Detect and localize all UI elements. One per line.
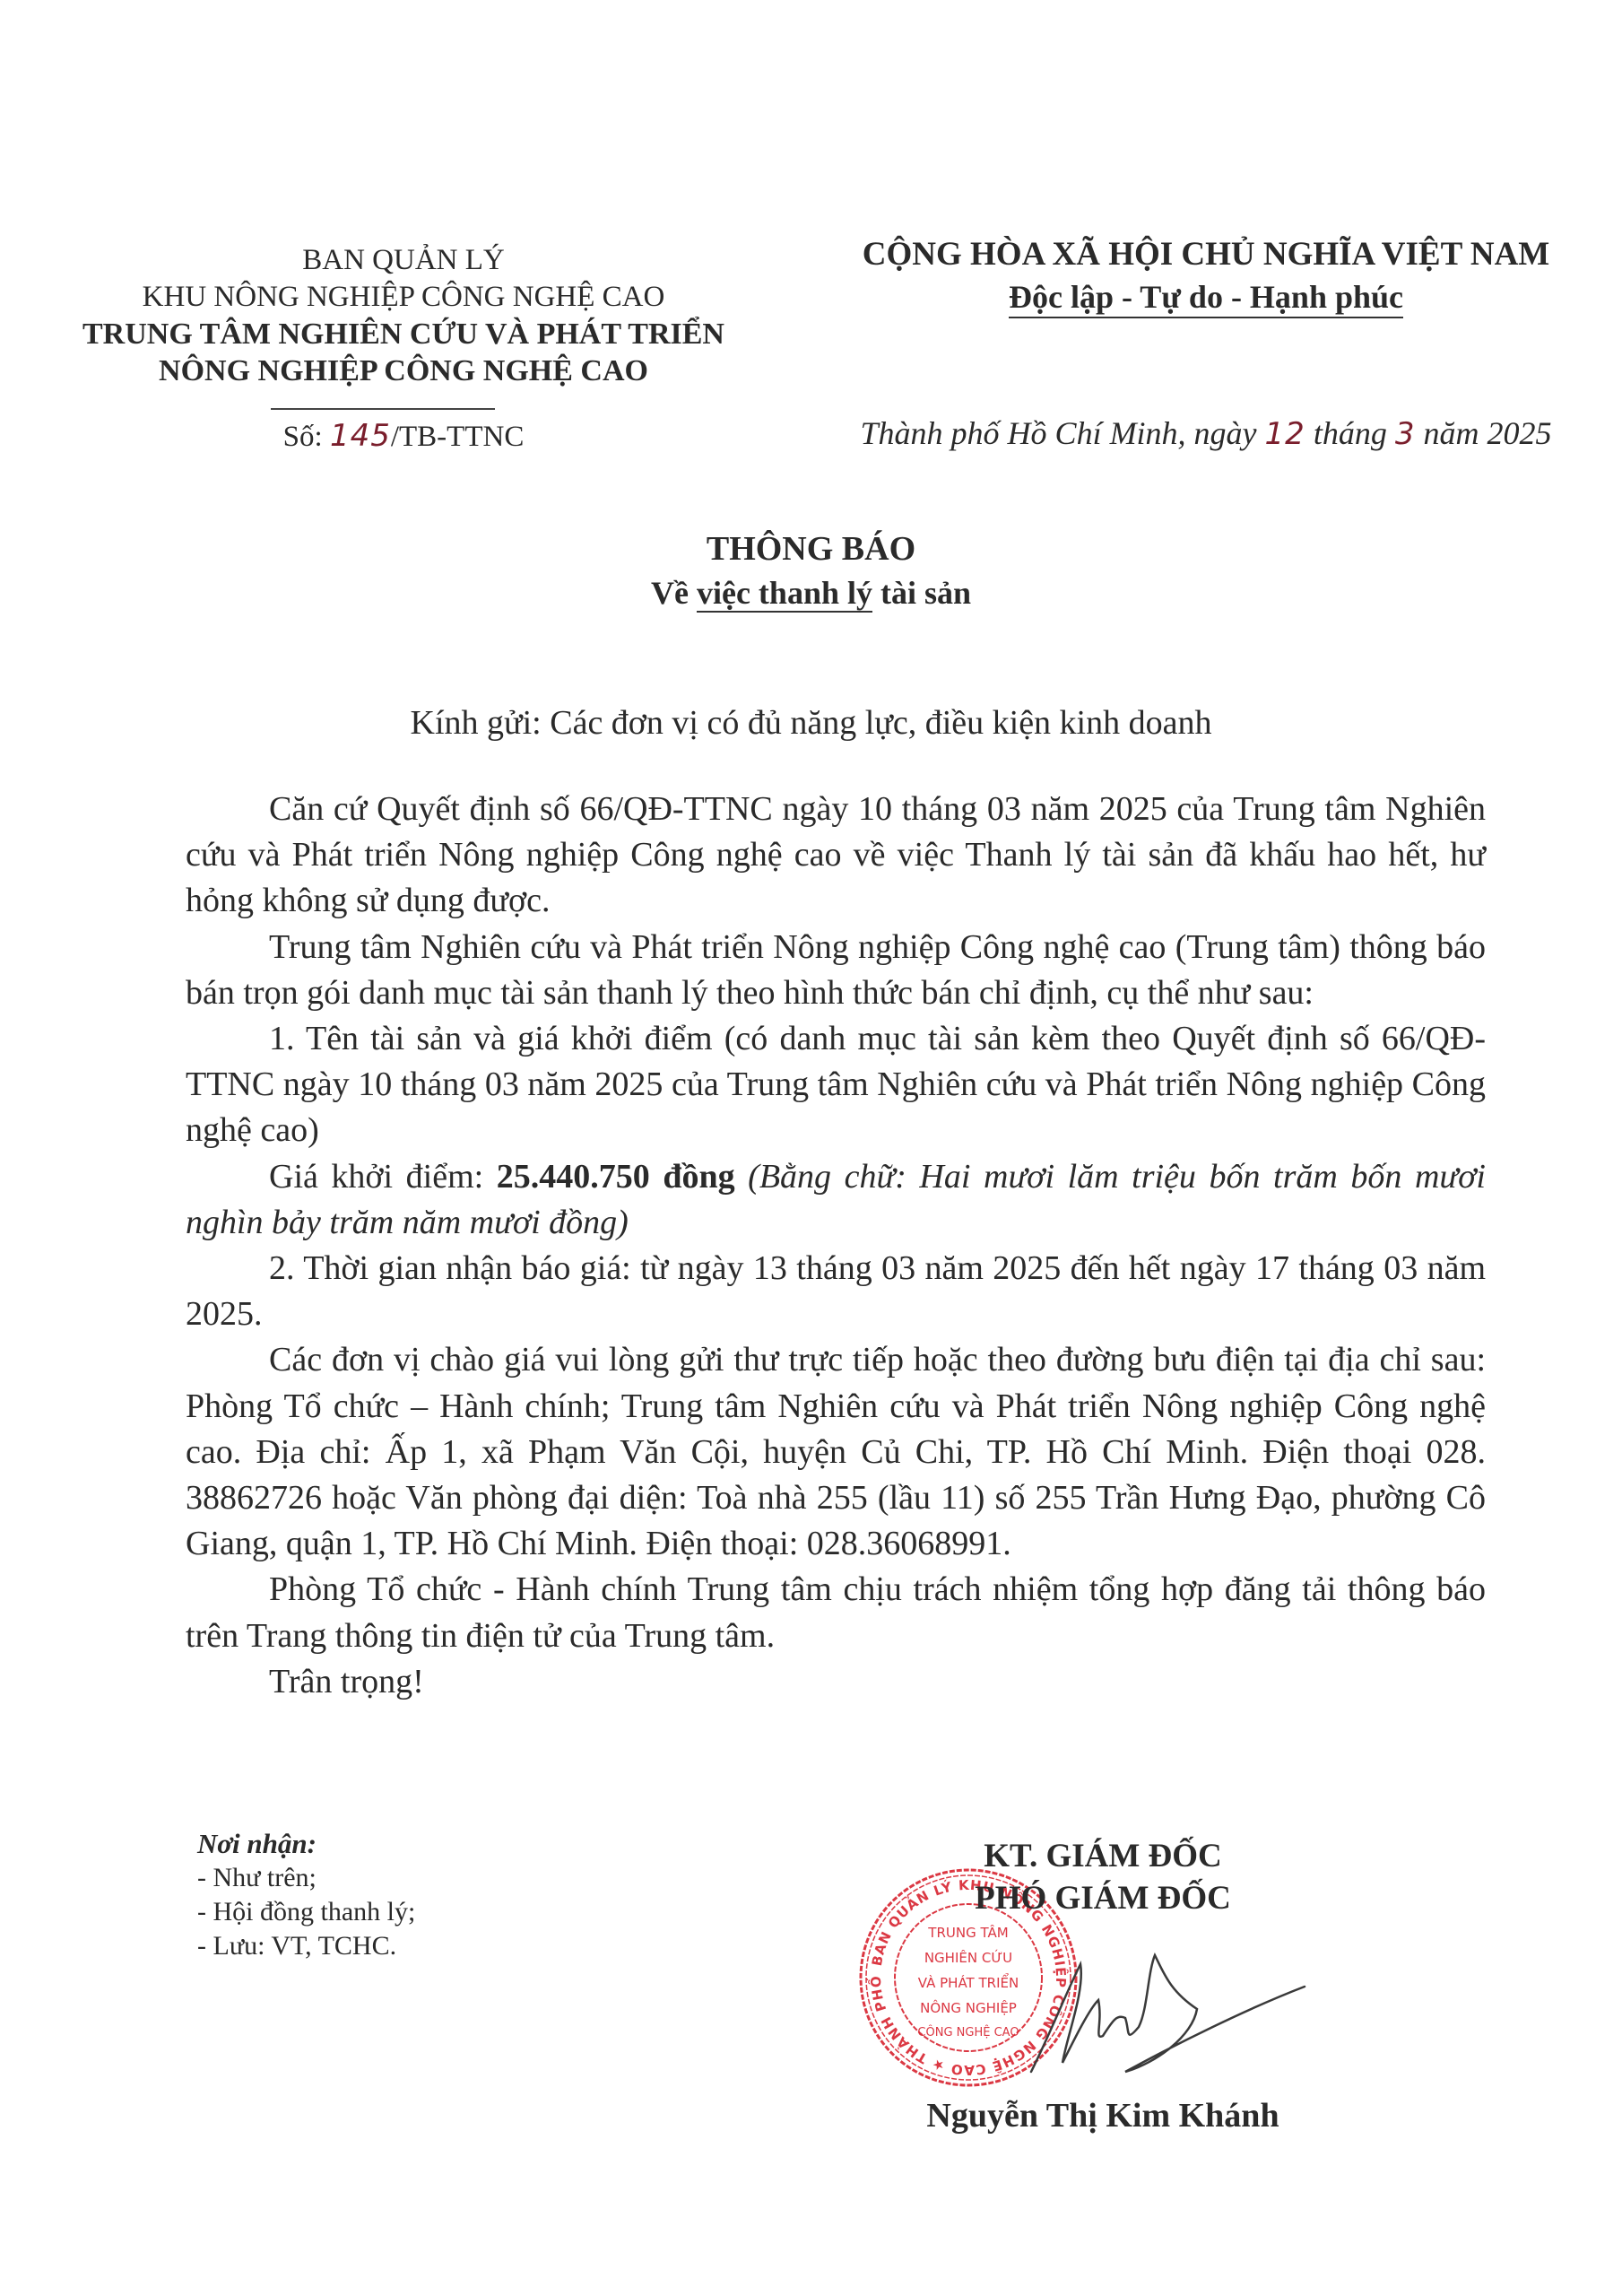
signatory-name: Nguyễn Thị Kim Khánh	[843, 2096, 1363, 2135]
paragraph-closing: Trân trọng!	[186, 1659, 1486, 1705]
date-day: 12	[1265, 416, 1305, 452]
price-label: Giá khởi điểm:	[269, 1158, 497, 1196]
country-name: CỘNG HÒA XÃ HỘI CHỦ NGHĨA VIỆT NAM	[789, 235, 1622, 274]
handwritten-signature-icon	[1013, 1937, 1309, 2090]
subtitle-post: tài sản	[872, 575, 971, 611]
agency-line-1: BAN QUẢN LÝ	[36, 242, 771, 279]
agency-line-3: TRUNG TÂM NGHIÊN CỨU VÀ PHÁT TRIỂN	[36, 316, 771, 352]
number-prefix: Số:	[283, 421, 330, 453]
recipients-heading: Nơi nhận:	[197, 1827, 415, 1861]
seal-inner-line: NÔNG NGHIỆP	[920, 1999, 1017, 2016]
date-suffix: năm 2025	[1415, 415, 1551, 451]
agency-line-2: KHU NÔNG NGHIỆP CÔNG NGHỆ CAO	[36, 279, 771, 316]
recipient-item: - Như trên;	[197, 1861, 415, 1895]
agency-divider	[271, 408, 495, 410]
date-line: Thành phố Hồ Chí Minh, ngày 12 tháng 3 n…	[802, 414, 1609, 452]
seal-inner-line: VÀ PHÁT TRIỂN	[918, 1972, 1019, 1991]
paragraph-asset-item: 1. Tên tài sản và giá khởi điểm (có danh…	[186, 1016, 1486, 1154]
number-suffix: /TB-TTNC	[391, 421, 524, 453]
document-title: THÔNG BÁO	[0, 529, 1622, 569]
price-amount: 25.440.750 đồng	[497, 1158, 735, 1196]
paragraph-quote-period: 2. Thời gian nhận báo giá: từ ngày 13 th…	[186, 1246, 1486, 1337]
seal-inner-line: NGHIÊN CỨU	[924, 1949, 1012, 1966]
date-mid: tháng	[1305, 415, 1395, 451]
seal-inner-line: TRUNG TÂM	[927, 1924, 1008, 1941]
number-handwritten: 145	[330, 418, 391, 454]
paragraph-starting-price: Giá khởi điểm: 25.440.750 đồng (Bằng chữ…	[186, 1154, 1486, 1246]
addressee: Kính gửi: Các đơn vị có đủ năng lực, điề…	[0, 703, 1622, 743]
document-body: Căn cứ Quyết định số 66/QĐ-TTNC ngày 10 …	[186, 787, 1486, 1705]
paragraph-submission-address: Các đơn vị chào giá vui lòng gửi thư trự…	[186, 1337, 1486, 1567]
seal-inner-line: CÔNG NGHỆ CAO	[917, 2025, 1019, 2039]
paragraph-responsibility: Phòng Tổ chức - Hành chính Trung tâm chị…	[186, 1567, 1486, 1658]
motto-text: Độc lập - Tự do - Hạnh phúc	[1009, 279, 1403, 318]
signature-title-2: PHÓ GIÁM ĐỐC	[843, 1879, 1363, 1918]
recipient-item: - Lưu: VT, TCHC.	[197, 1929, 415, 1963]
national-motto: Độc lập - Tự do - Hạnh phúc	[789, 278, 1622, 316]
subtitle-pre: Về	[651, 575, 697, 611]
document-number: Số: 145/TB-TTNC	[36, 418, 771, 454]
paragraph-basis: Căn cứ Quyết định số 66/QĐ-TTNC ngày 10 …	[186, 787, 1486, 925]
subtitle-underlined: việc thanh lý	[697, 575, 872, 613]
paragraph-announcement: Trung tâm Nghiên cứu và Phát triển Nông …	[186, 925, 1486, 1016]
recipients-block: Nơi nhận: - Như trên; - Hội đồng thanh l…	[197, 1827, 415, 1963]
agency-name-block: BAN QUẢN LÝ KHU NÔNG NGHIỆP CÔNG NGHỆ CA…	[36, 242, 771, 389]
date-prefix: Thành phố Hồ Chí Minh, ngày	[861, 415, 1265, 451]
date-month: 3	[1395, 416, 1416, 452]
recipient-item: - Hội đồng thanh lý;	[197, 1895, 415, 1929]
signature-title-1: KT. GIÁM ĐỐC	[843, 1837, 1363, 1875]
document-subtitle: Về việc thanh lý tài sản	[0, 574, 1622, 612]
agency-line-4: NÔNG NGHIỆP CÔNG NGHỆ CAO	[36, 352, 771, 389]
